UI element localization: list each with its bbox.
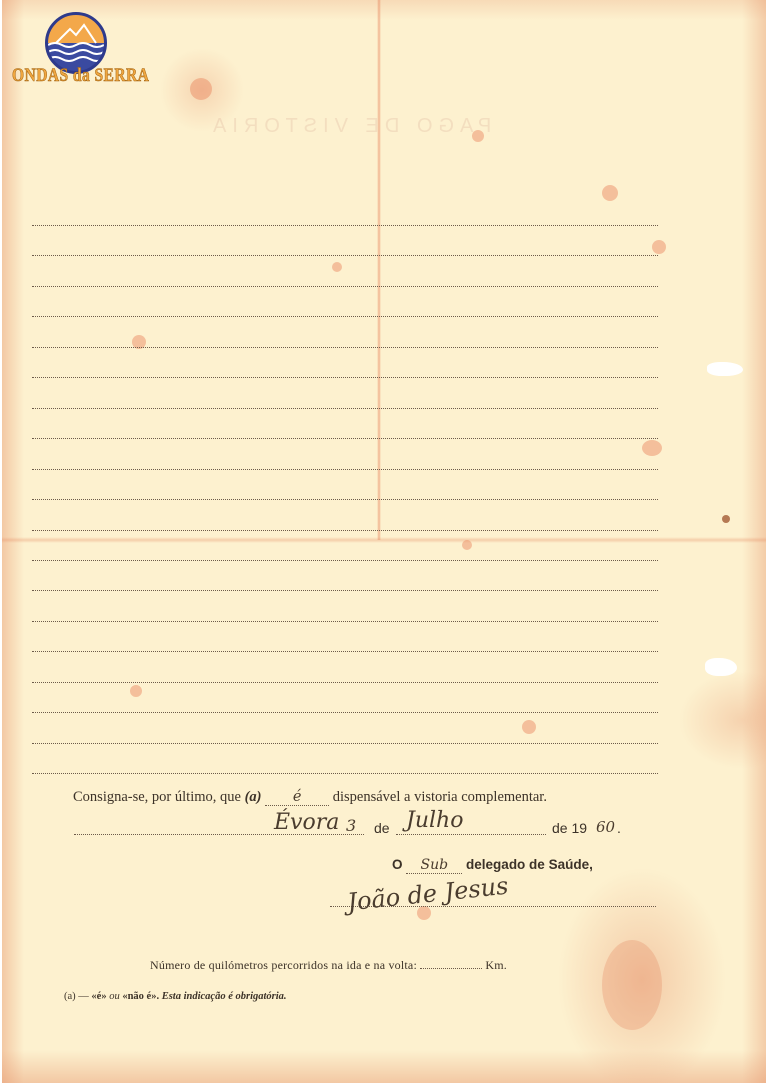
footnote-marker: (a) — [64,991,89,1002]
vertical-fold-crease [377,0,381,540]
km-line: Número de quilómetros percorridos na ida… [150,956,507,973]
footnote-or: ou [109,991,120,1002]
ruled-line [32,773,658,774]
ruled-line [32,651,658,652]
footnote-marker: (a) [245,789,262,805]
ondas-da-serra-logo: ONDAS da SERRA [12,10,142,88]
horizontal-fold-crease [2,537,766,543]
delegado-prefix: O [392,857,403,872]
delegado-title: delegado de Saúde, [466,857,593,872]
consigna-prefix: Consigna-se, por último, que [73,789,241,805]
logo-text: ONDAS da SERRA [12,65,119,87]
stain [602,185,618,201]
footnote: (a) — «é» ou «não é». Esta indicação é o… [64,991,287,1002]
footnote-option-e: «é» [91,991,106,1002]
ruled-line [32,621,658,622]
ruled-line [32,530,658,531]
document-page: PAGO DE VISTORIA ONDAS da SERRA [2,0,766,1083]
ruled-line [32,408,658,409]
ruled-line [32,255,658,256]
de-label: de [374,820,390,836]
ruled-line [32,590,658,591]
delegado-title-line: O Sub delegado de Saúde, [392,857,593,874]
month-handwritten[interactable]: Julho [406,808,463,833]
bleed-through-text: PAGO DE VISTORIA [207,115,491,138]
handwritten-e-field[interactable]: é [265,789,329,806]
ruled-line [32,712,658,713]
consigna-suffix: dispensável a vistoria complementar. [333,789,547,805]
ruled-line [32,438,658,439]
ruled-line [32,499,658,500]
ruled-line [32,560,658,561]
stain [190,78,212,100]
month-field-line [396,834,546,835]
date-period: . [617,820,621,836]
stain [652,240,666,254]
date-line: Évora 3 de Julho de 19 60 . [74,816,634,838]
stain [130,685,142,697]
ruled-line [32,377,658,378]
ruled-line [32,743,658,744]
day-handwritten[interactable]: 3 [346,816,356,835]
subdelegado-handwritten[interactable]: Sub [406,857,462,874]
stain [462,540,472,550]
ruled-line [32,316,658,317]
ruled-line [32,347,658,348]
footnote-option-nao-e: «não é». [122,991,159,1002]
stain [522,720,536,734]
footnote-note: Esta indicação é obrigatória. [162,991,287,1002]
ruled-line [32,286,658,287]
km-unit: Km. [485,958,507,972]
year-handwritten[interactable]: 60 [596,818,615,836]
paper-tear [705,658,737,676]
ruled-line [32,225,658,226]
ruled-line [32,682,658,683]
ruled-line [32,469,658,470]
stain [722,515,730,523]
stain [332,262,342,272]
stain [642,440,662,456]
km-label: Número de quilómetros percorridos na ida… [150,958,417,972]
stain [602,940,662,1030]
year-prefix: de 19 [552,820,587,836]
km-field[interactable] [420,956,482,969]
consigna-statement: Consigna-se, por último, que (a) é dispe… [73,789,547,806]
place-handwritten[interactable]: Évora [274,810,339,835]
paper-tear [707,362,743,376]
